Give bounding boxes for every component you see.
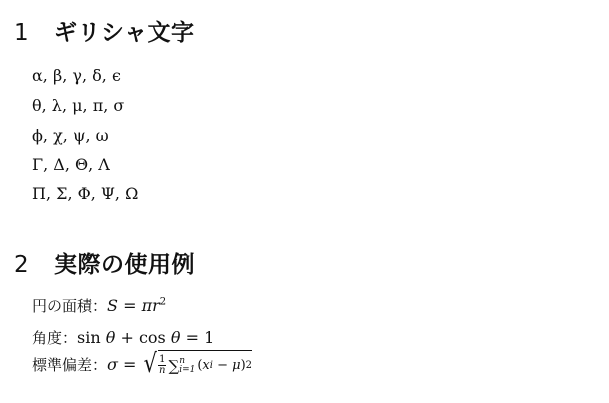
example-label: 角度： xyxy=(32,327,77,348)
greek-lowercase-line-1: α, β, γ, δ, ϵ xyxy=(32,66,121,85)
greek-uppercase-line-1: Γ, Δ, Θ, Λ xyxy=(32,155,110,174)
formula-std-dev: σ = √ 1 n ∑ni=1(xi − μ)2 xyxy=(107,350,252,378)
greek-lowercase-line-3: ϕ, χ, ψ, ω xyxy=(32,126,109,145)
section-number: 2 xyxy=(14,252,54,278)
greek-lowercase-line-2: θ, λ, μ, π, σ xyxy=(32,96,124,115)
formula-trig-identity: sin θ + cos θ = 1 xyxy=(77,328,214,347)
section-2-heading: 2 実際の使用例 xyxy=(14,246,195,279)
example-label: 円の面積： xyxy=(32,295,107,316)
example-std-dev: 標準偏差： σ = √ 1 n ∑ni=1(xi − μ)2 xyxy=(32,350,252,378)
section-1-heading: 1 ギリシャ文字 xyxy=(14,14,195,47)
square-root: √ 1 n ∑ni=1(xi − μ)2 xyxy=(142,350,253,378)
example-angle: 角度： sin θ + cos θ = 1 xyxy=(32,327,214,348)
example-circle-area: 円の面積： S = πr2 xyxy=(32,295,166,316)
section-title: 実際の使用例 xyxy=(54,246,195,279)
example-label: 標準偏差： xyxy=(32,354,107,375)
greek-uppercase-line-2: Π, Σ, Φ, Ψ, Ω xyxy=(32,184,138,203)
radical-sign-icon: √ xyxy=(143,350,156,378)
formula-circle-area: S = πr2 xyxy=(107,296,166,315)
section-number: 1 xyxy=(14,20,54,46)
fraction-1-over-n: 1 n xyxy=(158,355,166,376)
section-title: ギリシャ文字 xyxy=(54,14,195,47)
